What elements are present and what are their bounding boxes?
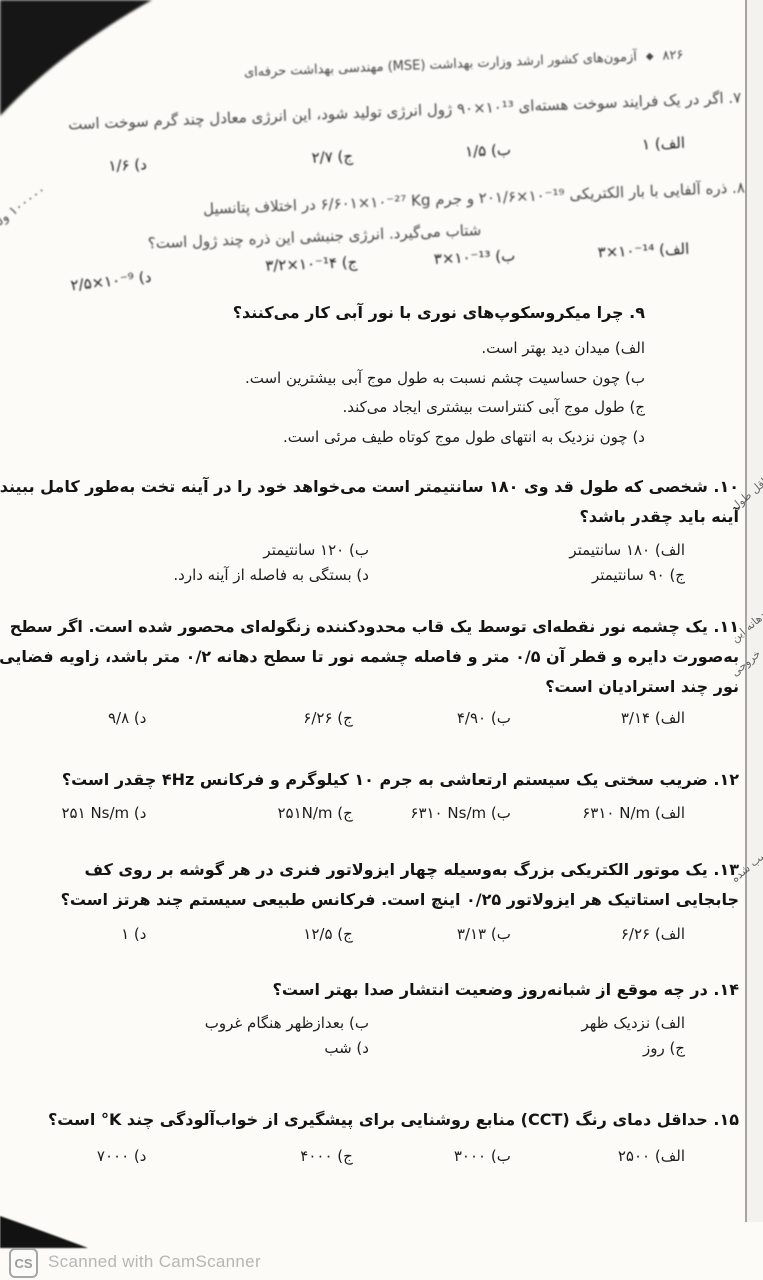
option-a: الف) ۳/۱۴ <box>511 709 685 727</box>
option-d: د) ۱ <box>40 925 146 943</box>
option-a: الف) ⁦۳×۱۰⁻¹⁴⁩ <box>515 240 690 265</box>
option-a: الف) نزدیک ظهر <box>369 1014 685 1032</box>
options-row: الف) ⁦۳×۱۰⁻¹⁴⁩ ب) ⁦۳×۱۰⁻¹³⁩ ج) ⁦۳/۲×۱۰⁻¹… <box>44 240 689 284</box>
options-grid: الف) ۱۸۰ سانتیمتر ب) ۱۲۰ سانتیمتر ج) ۹۰ … <box>40 541 685 584</box>
option-a: الف) ۶/۲۶ <box>511 925 685 943</box>
option-b: ب) ۱۲۰ سانتیمتر <box>40 541 369 559</box>
option-c: ج) طول موج آبی کنتراست بیشتری ایجاد می‌ک… <box>245 393 645 423</box>
page-number: ۸۲۶ <box>662 48 684 64</box>
option-b: ب) ۱/۵ <box>353 141 512 165</box>
question-stem-line-1: ۸. ذره آلفایی با بار الکتریکی ⁦۲۰۱/۶×۱۰⁻… <box>203 178 745 218</box>
question-stem: ۹. چرا میکروسکوپ‌های نوری با نور آبی کار… <box>233 303 645 322</box>
question-stem-line-1: ۱۱. یک چشمه نور نقطه‌ای توسط یک قاب محدو… <box>10 617 739 636</box>
curled-top-region: ۸۲۶ ◆ آزمون‌های کشور ارشد وزارت بهداشت ⁦… <box>0 0 763 315</box>
option-c: ج) ⁦N/m⁩۲۵۱ <box>146 804 352 822</box>
options-row: الف) ۳/۱۴ ب) ۴/۹۰ ج) ۶/۲۶ د) ۹/۸ <box>40 709 685 727</box>
camscanner-watermark: CS Scanned with CamScanner <box>0 1240 763 1280</box>
question-stem-line-2: شتاب می‌گیرد. انرژی جنبشی این ذره چند ژو… <box>147 221 481 252</box>
book-title: آزمون‌های کشور ارشد وزارت بهداشت ⁦(MSE)⁩… <box>244 50 637 81</box>
option-a: الف) میدان دید بهتر است. <box>245 334 645 364</box>
page-header: ۸۲۶ ◆ آزمون‌های کشور ارشد وزارت بهداشت ⁦… <box>244 48 684 81</box>
option-a: الف) ۲۵۰۰ <box>511 1147 685 1165</box>
option-d: د) ⁦Ns/m⁩ ۲۵۱ <box>40 804 146 822</box>
page-curl-text-fragment: ۱۰۰۰۰۰ ولت <box>0 182 49 235</box>
options-row: الف) ۲۵۰۰ ب) ۳۰۰۰ ج) ۴۰۰۰ د) ۷۰۰۰ <box>40 1147 685 1165</box>
options-row: الف) ۱ ب) ۱/۵ ج) ۲/۷ د) ۱/۶ <box>40 134 685 178</box>
question-stem-line-2: آینه باید چقدر باشد؟ <box>580 507 739 526</box>
question-stem-line-1: ۱۰. شخصی که طول قد وی ۱۸۰ سانتیمتر است م… <box>0 477 739 496</box>
option-d: د) چون نزدیک به انتهای طول موج کوتاه طیف… <box>245 423 645 453</box>
question-stem: ۷. اگر در یک فرایند سوخت هسته‌ای ⁦۹۰×۱۰¹… <box>68 89 742 134</box>
question-stem-line-3: نور چند استرادیان است؟ <box>545 677 739 696</box>
question-stem-line-2: به‌صورت دایره و قطر آن ۰/۵ متر و فاصله چ… <box>0 647 739 666</box>
option-c: ج) روز <box>369 1039 685 1057</box>
option-b: ب) ⁦Ns/m⁩ ۶۳۱۰ <box>353 804 511 822</box>
options-grid: الف) نزدیک ظهر ب) بعدازظهر هنگام غروب ج)… <box>40 1014 685 1057</box>
question-stem-line-1: ۱۳. یک موتور الکتریکی بزرگ به‌وسیله چهار… <box>84 860 739 879</box>
scanned-exam-page: ۸۲۶ ◆ آزمون‌های کشور ارشد وزارت بهداشت ⁦… <box>0 0 763 1280</box>
camscanner-logo-icon: CS <box>9 1248 38 1278</box>
option-b: ب) بعدازظهر هنگام غروب <box>40 1014 369 1032</box>
question-stem-line-2: جابجایی استاتیک هر ایزولاتور ۰/۲۵ اینچ ا… <box>61 890 739 909</box>
option-c: ج) ۲/۷ <box>146 147 353 173</box>
option-c: ج) ⁦۳/۲×۱۰⁻¹۴⁩ <box>151 253 358 279</box>
option-c: ج) ۴۰۰۰ <box>146 1147 352 1165</box>
camscanner-watermark-text: Scanned with CamScanner <box>48 1252 261 1272</box>
option-b: ب) ۳/۱۳ <box>353 925 511 943</box>
question-stem: ۱۲. ضریب سختی یک سیستم ارتعاشی به جرم ۱۰… <box>62 770 739 789</box>
option-c: ج) ۹۰ سانتیمتر <box>369 566 685 584</box>
option-d: د) شب <box>40 1039 369 1057</box>
question-stem: ۱۴. در چه موقع از شبانه‌روز وضعیت انتشار… <box>273 980 739 999</box>
option-d: د) ۹/۸ <box>40 709 146 727</box>
option-b: ب) ⁦۳×۱۰⁻¹³⁩ <box>357 247 516 271</box>
option-a: الف) ۱ <box>511 134 686 159</box>
option-d: د) ۱/۶ <box>40 155 147 177</box>
option-a: الف) ⁦N/m⁩ ۶۳۱۰ <box>511 804 685 822</box>
option-b: ب) ۴/۹۰ <box>353 709 511 727</box>
option-d: د) بستگی به فاصله از آینه دارد. <box>40 566 369 584</box>
options-row: الف) ۶/۲۶ ب) ۳/۱۳ ج) ۱۲/۵ د) ۱ <box>40 925 685 943</box>
diamond-bullet-icon: ◆ <box>646 51 654 62</box>
option-a: الف) ۱۸۰ سانتیمتر <box>369 541 685 559</box>
option-b: ب) ۳۰۰۰ <box>353 1147 511 1165</box>
option-b: ب) چون حساسیت چشم نسبت به طول موج آبی بی… <box>245 364 645 394</box>
options-list: الف) میدان دید بهتر است. ب) چون حساسیت چ… <box>245 334 645 452</box>
option-d: د) ۷۰۰۰ <box>40 1147 146 1165</box>
option-d: د) ⁦۲/۵×۱۰⁻⁹⁩ <box>44 268 152 298</box>
option-c: ج) ۶/۲۶ <box>146 709 352 727</box>
options-row: الف) ⁦N/m⁩ ۶۳۱۰ ب) ⁦Ns/m⁩ ۶۳۱۰ ج) ⁦N/m⁩۲… <box>40 804 685 822</box>
question-stem: ۱۵. حداقل دمای رنگ ⁦(CCT)⁩ منابع روشنایی… <box>48 1110 739 1129</box>
option-c: ج) ۱۲/۵ <box>146 925 352 943</box>
